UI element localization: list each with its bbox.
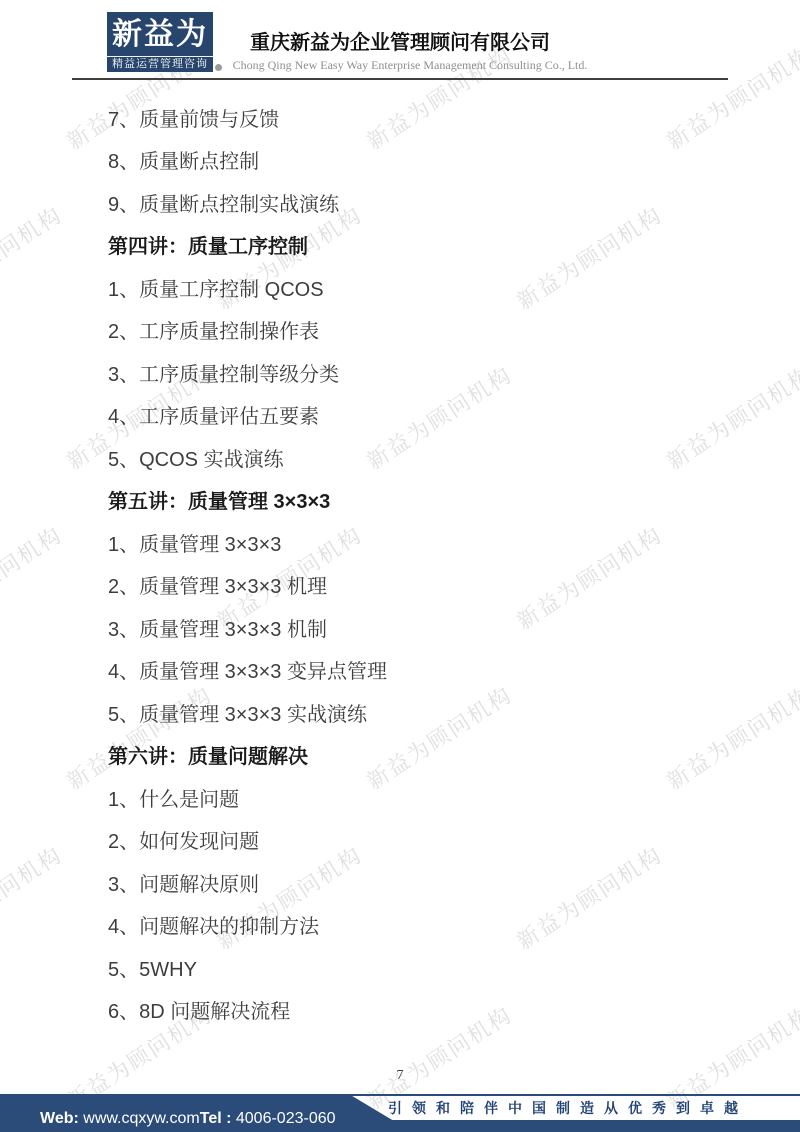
outline-item: 2、如何发现问题	[108, 819, 748, 862]
company-name-en: Chong Qing New Easy Way Enterprise Manag…	[150, 58, 670, 73]
outline-item: 1、质量管理 3×3×3	[108, 521, 748, 564]
outline-item: 6、8D 问题解决流程	[108, 989, 748, 1032]
outline-item: 5、质量管理 3×3×3 实战演练	[108, 691, 748, 734]
document-page: 新益为顾问机构新益为顾问机构新益为顾问机构新益为顾问机构新益为顾问机构新益为顾问…	[0, 0, 800, 1132]
footer-slogan: 引领和陪伴中国制造从优秀到卓越	[388, 1098, 768, 1118]
outline-item: 1、什么是问题	[108, 776, 748, 819]
header-divider	[72, 78, 728, 80]
footer-contact-text: Web: www.cqxyw.comTel : 4006-023-060	[40, 1110, 336, 1128]
section-heading: 第六讲：质量问题解决	[108, 734, 748, 777]
outline-item: 5、5WHY	[108, 946, 748, 989]
web-label: Web:	[40, 1110, 79, 1127]
outline-item: 2、质量管理 3×3×3 机理	[108, 564, 748, 607]
tel-label: Tel :	[200, 1110, 232, 1127]
outline-item: 3、质量管理 3×3×3 机制	[108, 606, 748, 649]
outline-item: 2、工序质量控制操作表	[108, 309, 748, 352]
watermark-text: 新益为顾问机构	[0, 198, 68, 316]
outline-item: 5、QCOS 实战演练	[108, 436, 748, 479]
outline-item: 8、质量断点控制	[108, 139, 748, 182]
page-header: 新益为 精益运营管理咨询 重庆新益为企业管理顾问有限公司 Chong Qing …	[0, 0, 800, 84]
outline-item: 1、质量工序控制 QCOS	[108, 266, 748, 309]
outline-item: 3、工序质量控制等级分类	[108, 351, 748, 394]
outline-item: 4、工序质量评估五要素	[108, 394, 748, 437]
outline-item: 7、质量前馈与反馈	[108, 96, 748, 139]
course-outline: 7、质量前馈与反馈8、质量断点控制9、质量断点控制实战演练第四讲：质量工序控制1…	[108, 96, 748, 1031]
section-heading: 第五讲：质量管理 3×3×3	[108, 479, 748, 522]
page-number: 7	[0, 1068, 800, 1084]
watermark-text: 新益为顾问机构	[0, 838, 68, 956]
logo-text-main: 新益为	[107, 12, 213, 56]
footer-top-line	[300, 1094, 800, 1096]
outline-item: 3、问题解决原则	[108, 861, 748, 904]
outline-item: 4、质量管理 3×3×3 变异点管理	[108, 649, 748, 692]
outline-item: 4、问题解决的抑制方法	[108, 904, 748, 947]
company-name-cn: 重庆新益为企业管理顾问有限公司	[200, 26, 600, 55]
web-url: www.cqxyw.com	[79, 1110, 200, 1127]
tel-number: 4006-023-060	[231, 1110, 335, 1127]
outline-item: 9、质量断点控制实战演练	[108, 181, 748, 224]
watermark-text: 新益为顾问机构	[0, 518, 68, 636]
section-heading: 第四讲：质量工序控制	[108, 224, 748, 267]
page-footer: 7 Web: www.cqxyw.comTel : 4006-023-060 引…	[0, 1060, 800, 1132]
